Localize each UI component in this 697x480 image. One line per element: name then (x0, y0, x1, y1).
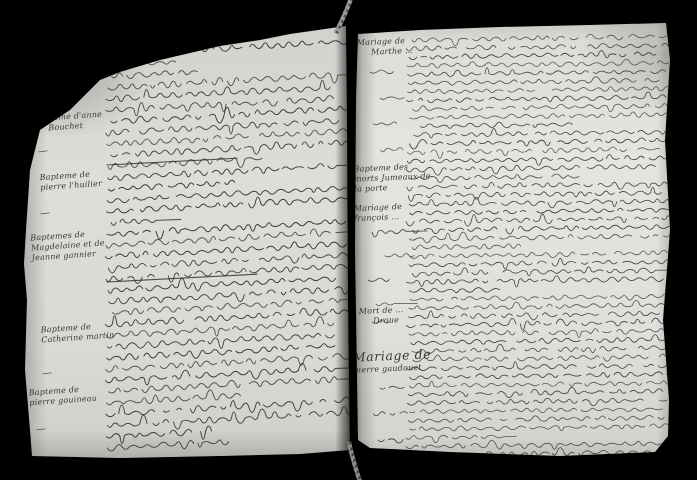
margin-note-line: Droue (359, 315, 404, 327)
handwriting-right (350, 20, 676, 464)
margin-note: Baptemes de Magdelaine et de Jeanne gann… (30, 228, 106, 264)
margin-note-line: Bapteme de Louis (37, 61, 114, 77)
left-page: Bapteme de Louis Bergery Bapteme d'anne … (24, 24, 354, 460)
margin-note: Mariage de Marthe … (357, 36, 414, 59)
margin-note: Mariage de pierre gaudouet (352, 346, 432, 376)
margin-dash-mark: — (39, 207, 50, 219)
margin-note-line: françois … (354, 212, 403, 224)
manuscript-scan: Bapteme de Louis Bergery Bapteme d'anne … (0, 0, 697, 480)
margin-note: Mort de … Droue (359, 305, 405, 327)
margin-dash-mark: — (35, 423, 46, 435)
margin-note: Mariage de françois … (354, 202, 403, 225)
margin-dash-mark: — (37, 145, 48, 157)
margin-note: Bapteme de pierre l'huilier (39, 169, 102, 194)
margin-dash-mark: — (41, 367, 52, 379)
margin-note: Bapteme des morts Jumeaux de la porte (353, 161, 431, 195)
margin-dash-mark: — (51, 41, 62, 53)
right-page: Mariage de Marthe … Bapteme des morts Ju… (350, 20, 676, 464)
